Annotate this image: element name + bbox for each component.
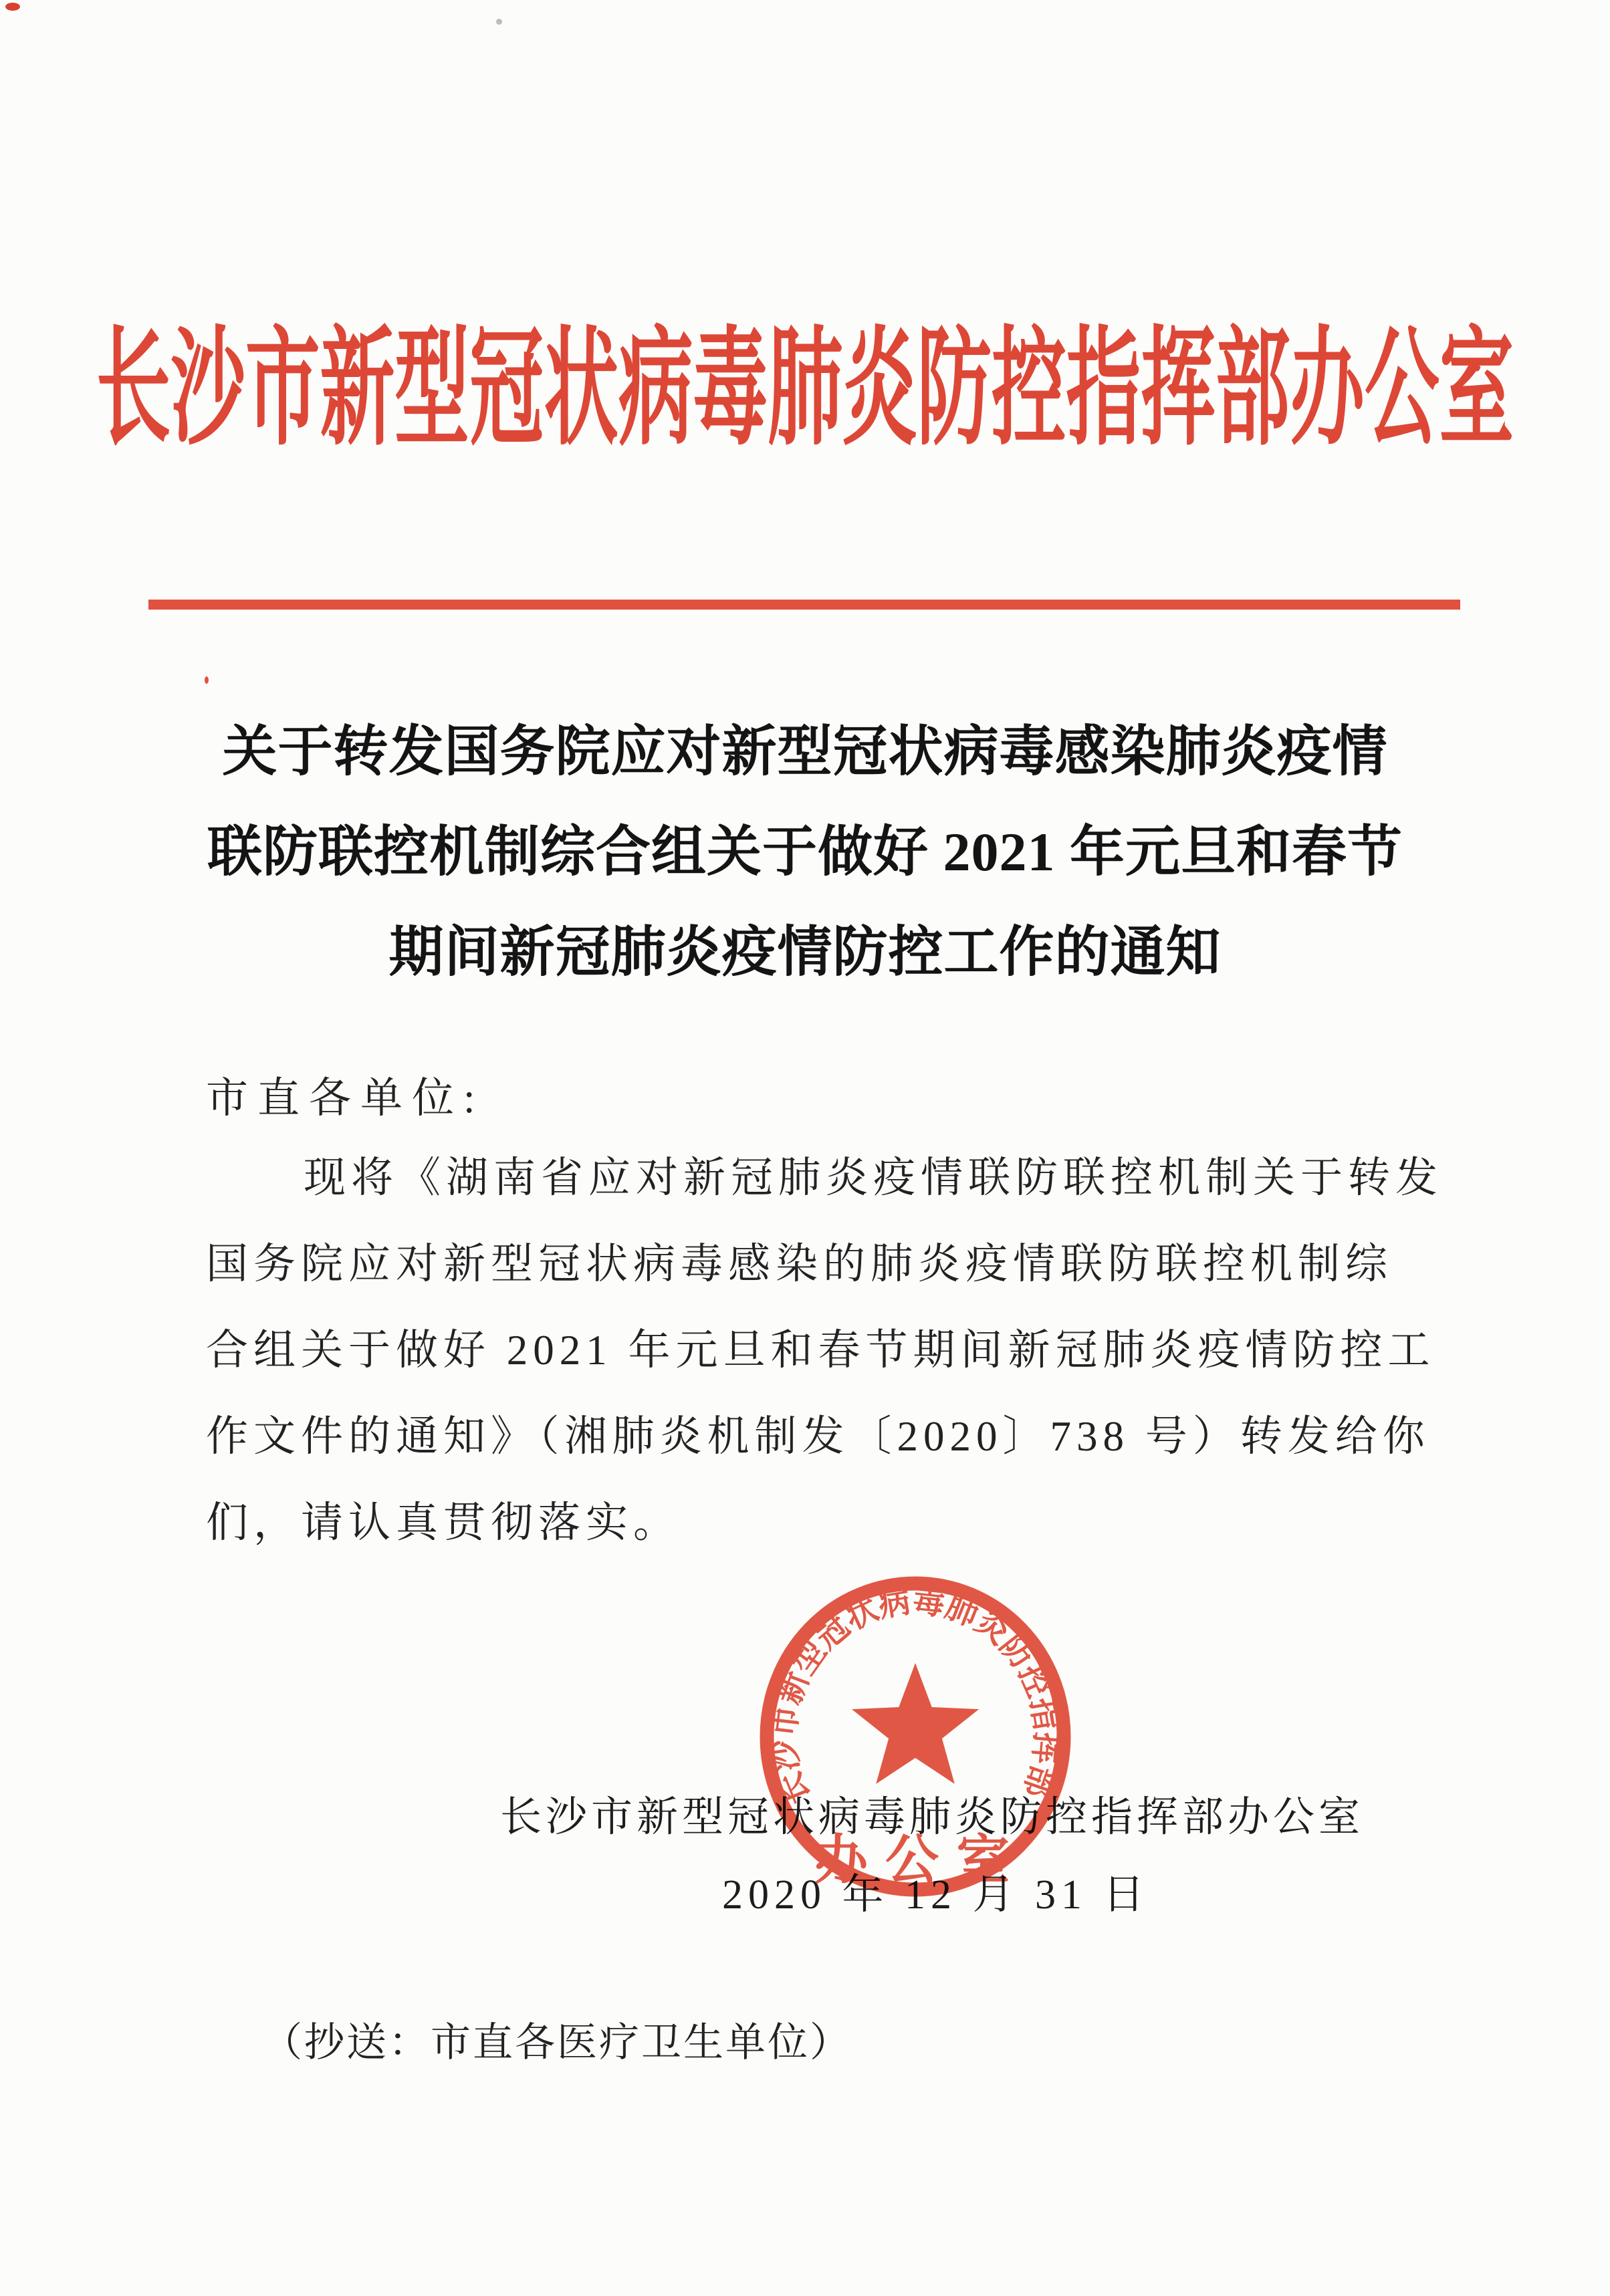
body-line: 国务院应对新型冠状病毒感染的肺炎疫情联防联控机制综 bbox=[206, 1221, 1416, 1307]
scan-artifact-speck bbox=[5, 3, 20, 11]
body-line: 们，请认真贯彻落实。 bbox=[206, 1480, 1416, 1566]
document-title-line: 联防联控机制综合组关于做好 2021 年元旦和春节 bbox=[203, 802, 1407, 902]
scan-artifact-speck bbox=[205, 676, 209, 684]
scan-artifact-speck bbox=[496, 19, 502, 25]
cc-recipients: （抄送：市直各医疗卫生单位） bbox=[262, 2011, 852, 2068]
document-title-line: 关于转发国务院应对新型冠状病毒感染肺炎疫情 bbox=[203, 702, 1407, 802]
salutation: 市直各单位: bbox=[206, 1064, 485, 1125]
seal-star-icon bbox=[852, 1663, 979, 1784]
red-divider-line bbox=[148, 600, 1460, 610]
document-title-line: 期间新冠肺炎疫情防控工作的通知 bbox=[203, 902, 1407, 1003]
document-title: 关于转发国务院应对新型冠状病毒感染肺炎疫情 联防联控机制综合组关于做好 2021… bbox=[203, 702, 1407, 1003]
official-red-seal: 长沙市新型冠状病毒肺炎防控指挥部 办公室 bbox=[750, 1569, 1084, 1910]
body-line: 合组关于做好 2021 年元旦和春节期间新冠肺炎疫情防控工 bbox=[206, 1307, 1416, 1394]
letterhead-title: 长沙市新型冠状病毒肺炎防控指挥部办公室 bbox=[56, 286, 1553, 470]
body-line: 现将《湖南省应对新冠肺炎疫情联防联控机制关于转发 bbox=[206, 1135, 1416, 1221]
body-paragraph: 现将《湖南省应对新冠肺炎疫情联防联控机制关于转发 国务院应对新型冠状病毒感染的肺… bbox=[206, 1135, 1416, 1566]
body-line: 作文件的通知》（湘肺炎机制发〔2020〕738 号）转发给你 bbox=[206, 1394, 1416, 1480]
seal-bottom-text: 办公室 bbox=[814, 1831, 1027, 1890]
official-document-page: 长沙市新型冠状病毒肺炎防控指挥部办公室 关于转发国务院应对新型冠状病毒感染肺炎疫… bbox=[0, 0, 1610, 2296]
